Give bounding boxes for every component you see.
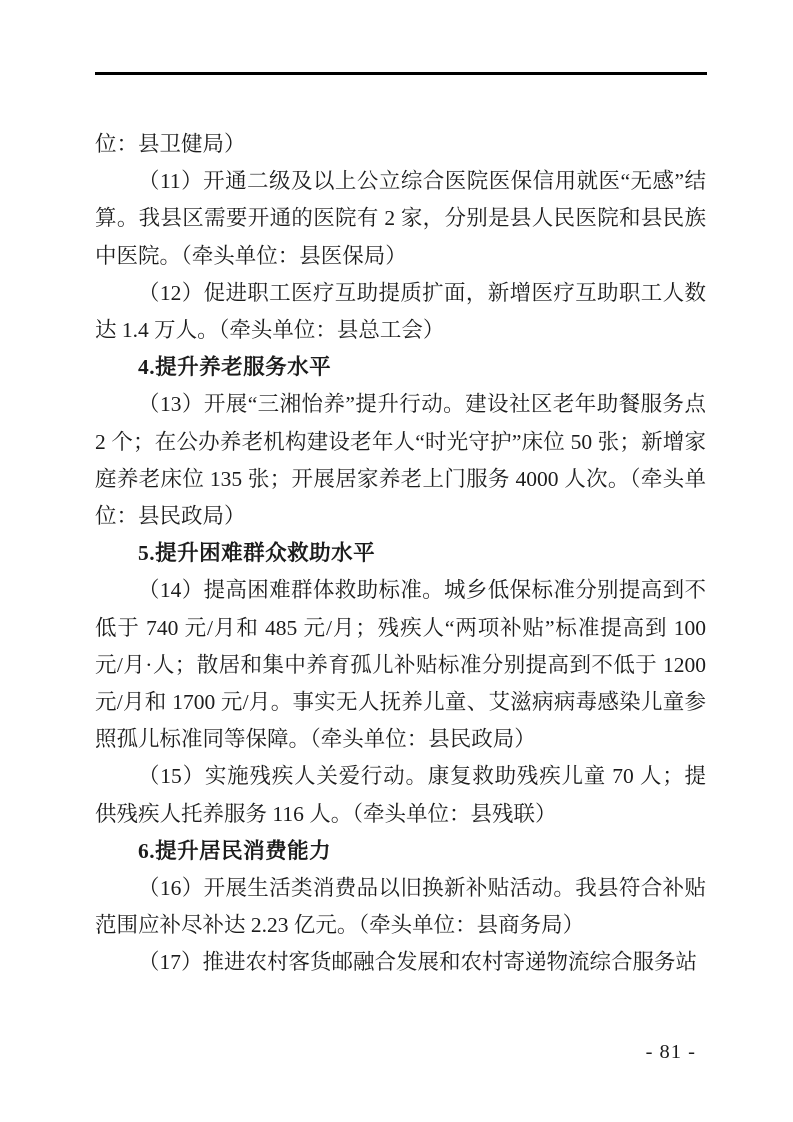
- paragraph-item-16: （16）开展生活类消费品以旧换新补贴活动。我县符合补贴范围应补尽补达 2.23 …: [95, 870, 706, 944]
- page-number: - 81 -: [646, 1037, 696, 1067]
- header-rule: [95, 72, 707, 75]
- paragraph-item-14: （14）提高困难群体救助标准。城乡低保标准分别提高到不低于 740 元/月和 4…: [95, 572, 706, 758]
- paragraph-item-13: （13）开展“三湘怡养”提升行动。建设社区老年助餐服务点 2 个；在公办养老机构…: [95, 386, 706, 535]
- paragraph-item-12: （12）促进职工医疗互助提质扩面，新增医疗互助职工人数达 1.4 万人。（牵头单…: [95, 275, 706, 349]
- paragraph-item-15: （15）实施残疾人关爱行动。康复救助残疾儿童 70 人；提供残疾人托养服务 11…: [95, 758, 706, 832]
- document-page: 位：县卫健局） （11）开通二级及以上公立综合医院医保信用就医“无感”结算。我县…: [0, 0, 793, 1122]
- paragraph-item-17: （17）推进农村客货邮融合发展和农村寄递物流综合服务站: [95, 944, 706, 981]
- section-heading-5: 5.提升困难群众救助水平: [95, 535, 706, 572]
- document-body: 位：县卫健局） （11）开通二级及以上公立综合医院医保信用就医“无感”结算。我县…: [95, 126, 706, 982]
- section-heading-6: 6.提升居民消费能力: [95, 833, 706, 870]
- paragraph-continuation: 位：县卫健局）: [95, 126, 706, 163]
- section-heading-4: 4.提升养老服务水平: [95, 349, 706, 386]
- paragraph-item-11: （11）开通二级及以上公立综合医院医保信用就医“无感”结算。我县区需要开通的医院…: [95, 163, 706, 275]
